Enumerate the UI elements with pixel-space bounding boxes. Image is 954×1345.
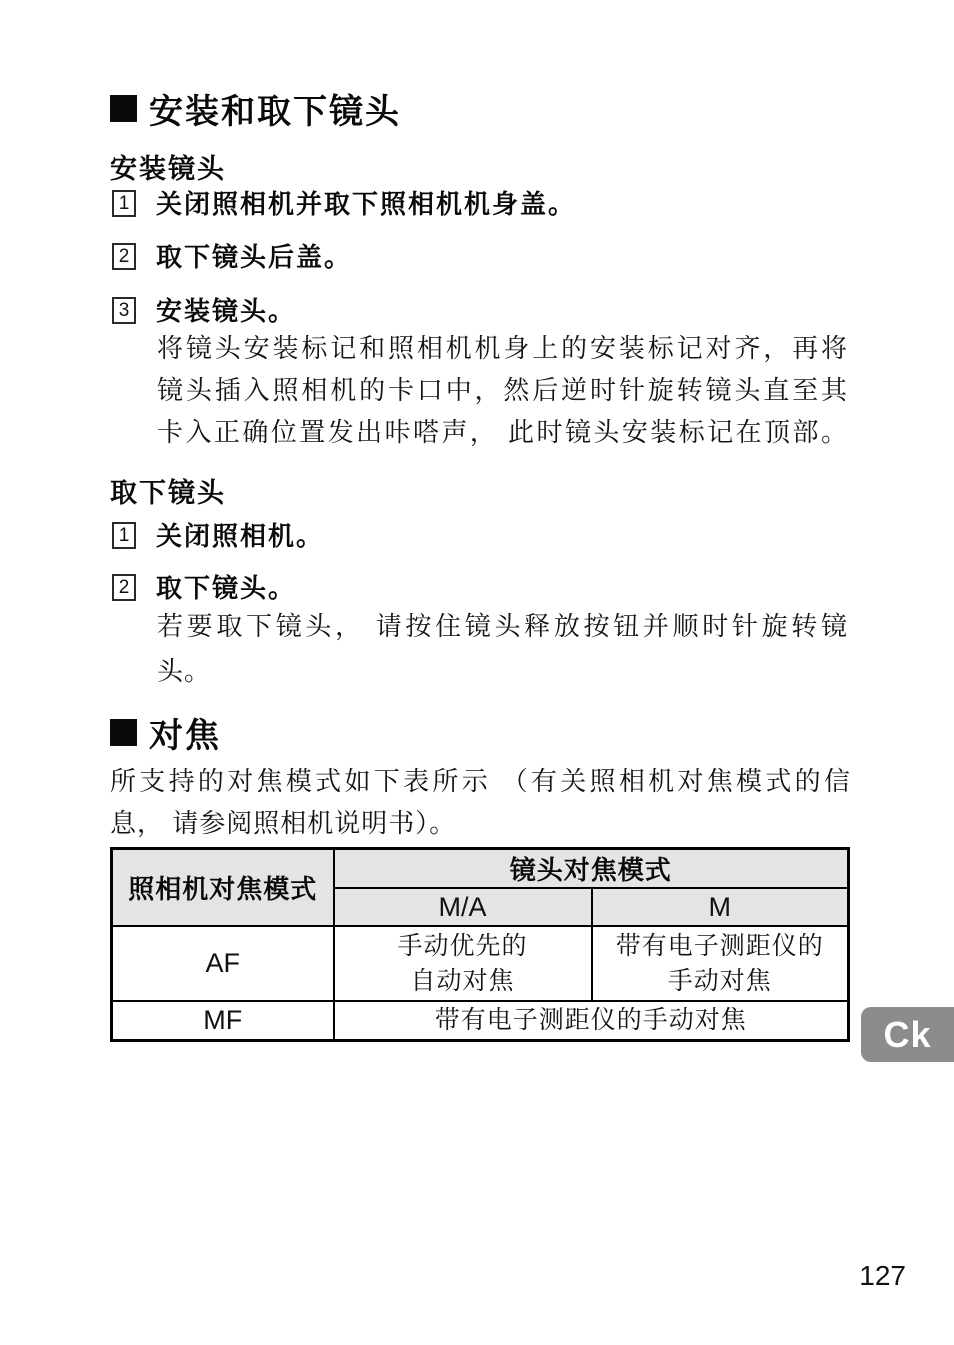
step-number-badge: 1 xyxy=(112,190,136,217)
step-text: 取下镜头后盖。 xyxy=(156,241,352,273)
section-marker-icon xyxy=(110,95,137,122)
language-tab-ck: Ck xyxy=(861,1007,954,1062)
step-number-badge: 3 xyxy=(112,297,136,324)
cell-line: 带有电子测距仪的 xyxy=(593,929,848,964)
step-number-badge: 2 xyxy=(112,243,136,270)
page-number: 127 xyxy=(859,1260,906,1292)
table-cell-af-m: 带有电子测距仪的 手动对焦 xyxy=(592,926,849,1001)
table-row-af-label: AF xyxy=(112,926,334,1001)
section-title-text: 对焦 xyxy=(149,708,221,757)
cell-line: 自动对焦 xyxy=(335,964,591,999)
table-cell-af-ma: 手动优先的 自动对焦 xyxy=(334,926,592,1001)
focus-intro: 所支持的对焦模式如下表所示 （有关照相机对焦模式的信 息， 请参阅照相机说明书）… xyxy=(110,760,851,844)
paragraph-line: 所支持的对焦模式如下表所示 （有关照相机对焦模式的信 xyxy=(110,760,851,802)
table-corner-header: 照相机对焦模式 xyxy=(112,849,334,927)
table-cell-mf: 带有电子测距仪的手动对焦 xyxy=(334,1001,849,1040)
attach-step-1: 1 关闭照相机并取下照相机机身盖。 xyxy=(112,188,852,220)
section-marker-icon xyxy=(110,719,137,746)
paragraph-line: 镜头插入照相机的卡口中，然后逆时针旋转镜头直至其 xyxy=(157,369,848,411)
cell-line: 手动优先的 xyxy=(335,929,591,964)
attach-step-2: 2 取下镜头后盖。 xyxy=(112,241,852,273)
step-text: 关闭照相机。 xyxy=(156,520,324,552)
table-row-mf-label: MF xyxy=(112,1001,334,1040)
detach-step-2: 2 取下镜头。 xyxy=(112,572,852,604)
step-text: 关闭照相机并取下照相机机身盖。 xyxy=(156,188,576,220)
table-col-header-ma: M/A xyxy=(334,888,592,926)
paragraph-line: 将镜头安装标记和照相机机身上的安装标记对齐，再将 xyxy=(157,327,848,369)
step-number-badge: 1 xyxy=(112,522,136,549)
attach-step-3-detail: 将镜头安装标记和照相机机身上的安装标记对齐，再将 镜头插入照相机的卡口中，然后逆… xyxy=(157,327,848,453)
section-title-attach-remove: 安装和取下镜头 xyxy=(110,84,401,133)
cell-line: 手动对焦 xyxy=(593,964,848,999)
paragraph-line: 息， 请参阅照相机说明书）。 xyxy=(110,802,851,844)
step-text: 取下镜头。 xyxy=(156,572,296,604)
step-text: 安装镜头。 xyxy=(156,295,296,327)
section-title-text: 安装和取下镜头 xyxy=(149,84,401,133)
subtitle-detach-lens: 取下镜头 xyxy=(110,471,226,510)
paragraph-line: 若要取下镜头， 请按住镜头释放按钮并顺时针旋转镜 xyxy=(157,604,848,649)
subtitle-attach-lens: 安装镜头 xyxy=(110,147,226,186)
focus-mode-table: 照相机对焦模式 镜头对焦模式 M/A M AF 手动优先的 自动对焦 带有电子测… xyxy=(110,847,850,1042)
manual-page: 安装和取下镜头 安装镜头 1 关闭照相机并取下照相机机身盖。 2 取下镜头后盖。… xyxy=(0,0,954,1345)
paragraph-line: 头。 xyxy=(157,649,848,694)
table-group-header: 镜头对焦模式 xyxy=(334,849,849,889)
detach-step-1: 1 关闭照相机。 xyxy=(112,520,852,552)
attach-step-3: 3 安装镜头。 xyxy=(112,295,852,327)
detach-step-2-detail: 若要取下镜头， 请按住镜头释放按钮并顺时针旋转镜 头。 xyxy=(157,604,848,694)
step-number-badge: 2 xyxy=(112,574,136,601)
paragraph-line: 卡入正确位置发出咔嗒声， 此时镜头安装标记在顶部。 xyxy=(157,411,848,453)
section-title-focus: 对焦 xyxy=(110,708,221,757)
table-col-header-m: M xyxy=(592,888,849,926)
